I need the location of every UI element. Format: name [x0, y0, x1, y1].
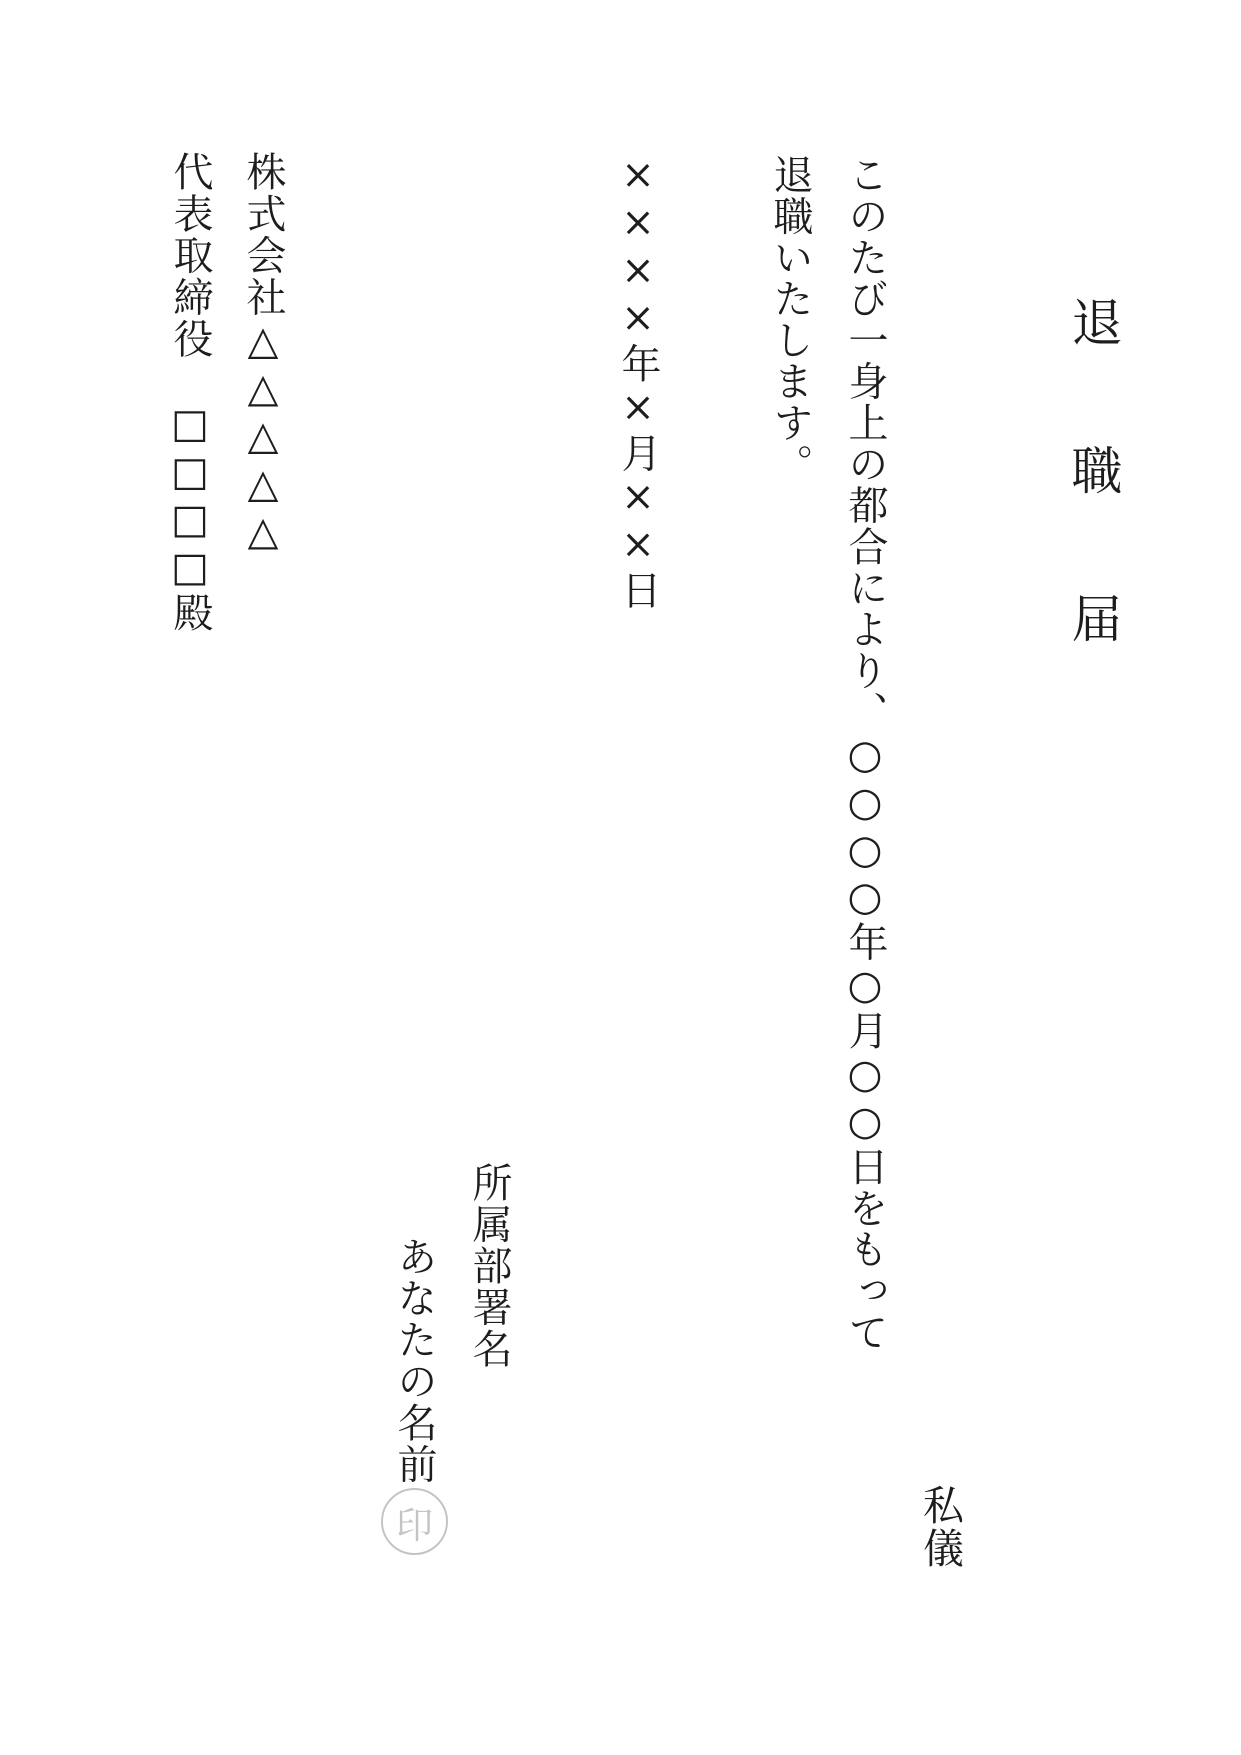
seal-stamp-circle: 印 [381, 1488, 448, 1555]
recipient-company: 株式会社△△△△△ [243, 151, 283, 556]
seal-character: 印 [396, 1495, 433, 1549]
salutation-shigi: 私儀 [919, 1484, 960, 1570]
body-line-2: 退職いたします。 [770, 154, 810, 484]
sender-department-placeholder: 所属部署名 [469, 1162, 509, 1370]
document-title: 退職届 [1066, 296, 1117, 740]
body-line-1: このたび一身上の都合により、○○○○年○月○○日をもって [845, 154, 885, 1352]
sender-name-placeholder: あなたの名前 [394, 1236, 434, 1485]
resignation-date-placeholder: ××××年×月××日 [618, 152, 658, 611]
recipient-representative: 代表取締役 □□□□殿 [170, 151, 210, 634]
resignation-letter-page: 退職届 私儀 このたび一身上の都合により、○○○○年○月○○日をもって 退職いた… [0, 0, 1241, 1755]
